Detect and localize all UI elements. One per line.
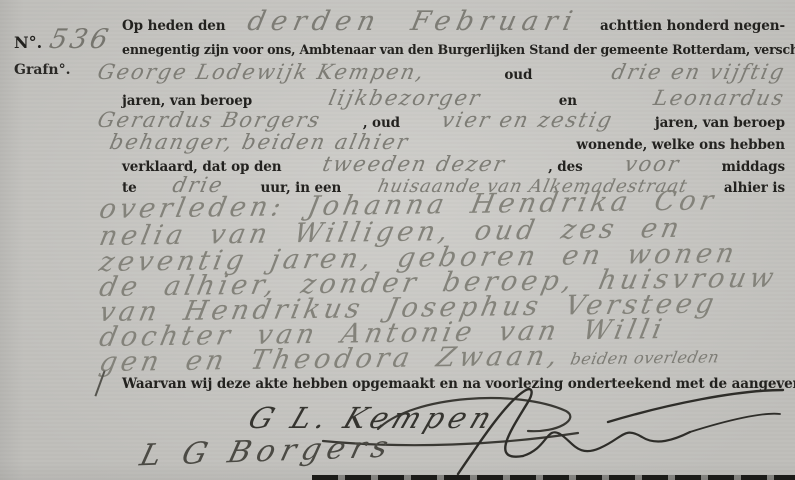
handwritten-age: drie en vijftig bbox=[609, 60, 787, 84]
printed-text: en bbox=[559, 93, 577, 109]
printed-text: jaren, van beroep bbox=[655, 115, 785, 131]
handwritten-occupation: lijkbezorger bbox=[327, 86, 484, 110]
record-number-value: 536 bbox=[47, 24, 114, 55]
grafn-label: Grafn°. bbox=[14, 62, 70, 78]
printed-text: wonende, welke ons hebben bbox=[576, 137, 785, 153]
handwritten-name: George Lodewijk Kempen, bbox=[95, 60, 427, 84]
death-certificate-scan: N°. 536 Grafn°. Op heden den derden Febr… bbox=[0, 0, 795, 480]
printed-text: jaren, van beroep bbox=[122, 93, 252, 109]
registrar-signature-flourish-icon bbox=[428, 382, 793, 480]
act-line-4: jaren, van beroep lijkbezorger en Leonar… bbox=[122, 86, 785, 110]
handwritten-text: beiden overleden bbox=[569, 347, 721, 368]
act-line-6: behanger, beiden alhier wonende, welke o… bbox=[110, 130, 785, 154]
handwritten-name: Gerardus Borgers bbox=[95, 108, 323, 132]
act-line-3: George Lodewijk Kempen, oud drie en vijf… bbox=[98, 60, 785, 84]
signature-borgers-text: L G Borgers bbox=[136, 430, 397, 474]
handwritten-age: vier en zestig bbox=[439, 108, 615, 132]
act-line-5: Gerardus Borgers , oud vier en zestig ja… bbox=[98, 108, 785, 132]
record-number: N°. 536 bbox=[14, 24, 111, 55]
handwritten-name: Leonardus bbox=[652, 86, 788, 110]
act-line-1: Op heden den derden Februari achttien ho… bbox=[122, 6, 785, 37]
printed-text: achttien honderd negen- bbox=[600, 18, 785, 34]
act-line-2: ennegentig zijn voor ons, Ambtenaar van … bbox=[122, 42, 785, 57]
printed-text: oud bbox=[504, 67, 532, 83]
handwritten-occupation: behanger, beiden alhier bbox=[107, 130, 411, 154]
handwritten-parent-name: gen en Theodora Zwaan, bbox=[97, 341, 564, 379]
record-number-label: N°. bbox=[14, 33, 42, 52]
registrar-signature bbox=[428, 382, 793, 480]
printed-text: ennegentig zijn voor ons, Ambtenaar van … bbox=[122, 42, 795, 57]
printed-text: Op heden den bbox=[122, 18, 226, 34]
printed-text: , oud bbox=[363, 115, 400, 131]
next-record-border bbox=[312, 475, 795, 480]
signature-borgers: L G Borgers bbox=[142, 434, 392, 469]
handwritten-date: derden Februari bbox=[245, 6, 581, 37]
